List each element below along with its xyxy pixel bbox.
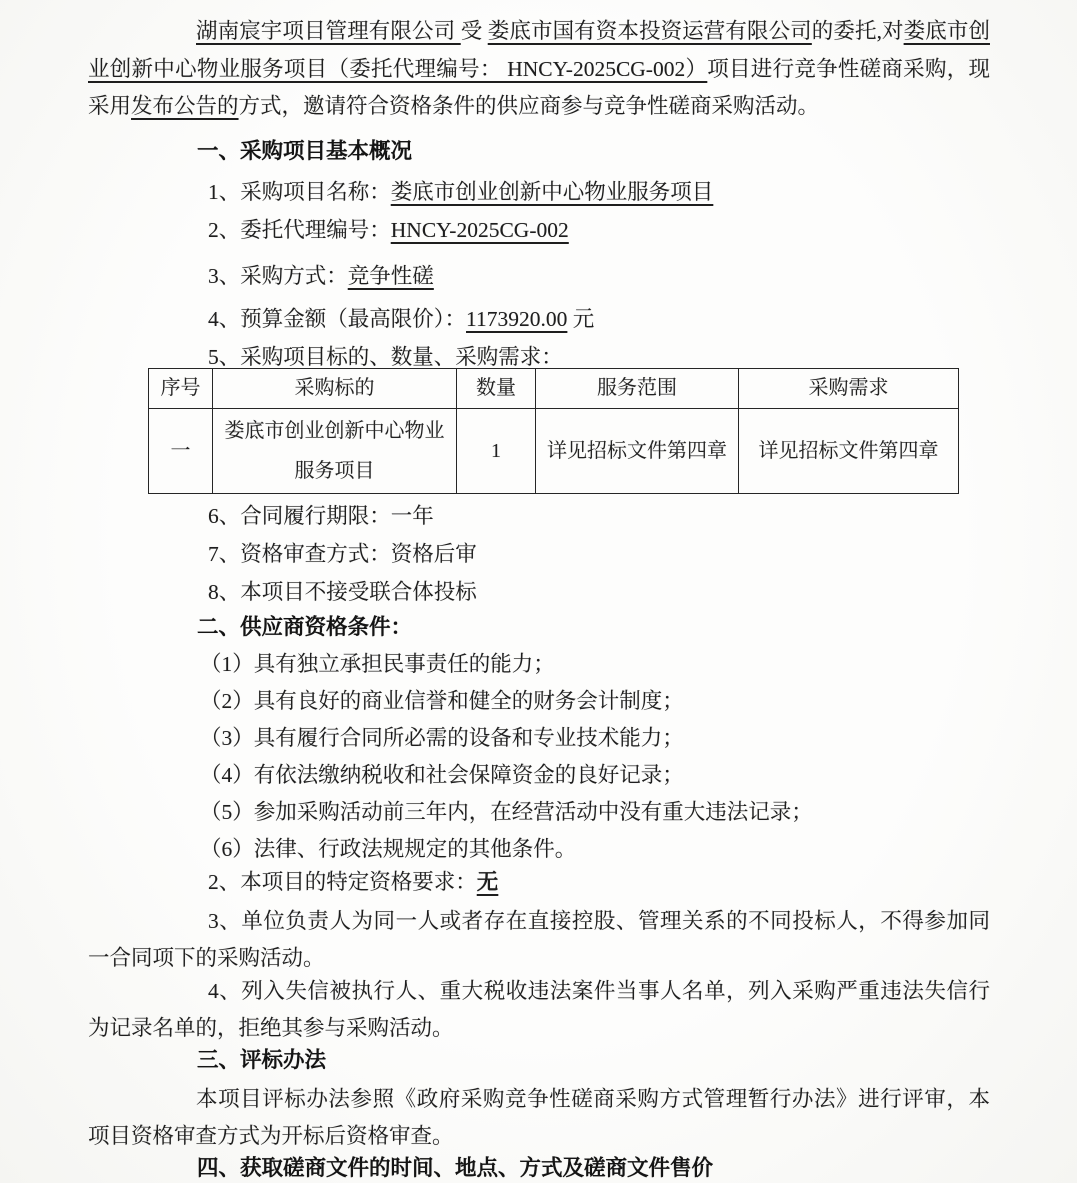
text-run: 3、采购方式：: [208, 264, 348, 288]
document-photo: { "intro": { "runs": [ {"t": "湖南宸宇项目管理有限…: [0, 0, 1077, 1183]
table-header-cell: 采购需求: [739, 368, 959, 408]
item-project-name: 1、采购项目名称：娄底市创业创新中心物业服务项目: [88, 173, 990, 211]
underlined-text: 无: [477, 870, 499, 894]
evaluation-method-paragraph: 本项目评标办法参照《政府采购竞争性磋商采购方式管理暂行办法》进行评审，本项目资格…: [88, 1081, 990, 1155]
item-budget-amount: 4、预算金额（最高限价）：1173920.00 元: [88, 300, 990, 338]
text-run: 受: [461, 19, 488, 43]
item-procurement-method: 3、采购方式：竞争性磋: [88, 257, 990, 295]
table-cell: 娄底市创业创新中心物业服务项目: [213, 408, 457, 493]
table-cell: 一: [149, 408, 213, 493]
section-3-heading: 三、评标办法: [88, 1041, 990, 1079]
section-1-heading: 一、采购项目基本概况: [88, 132, 990, 170]
section-4-heading: 四、获取磋商文件的时间、地点、方式及磋商文件售价: [88, 1149, 990, 1183]
para-dishonesty-restriction: 4、列入失信被执行人、重大税收违法案件当事人名单，列入采购严重违法失信行为记录名…: [88, 973, 990, 1047]
procurement-announcement-page: 湖南宸宇项目管理有限公司 受 娄底市国有资本投资运营有限公司的委托,对娄底市创业…: [0, 0, 1077, 1183]
table-cell: 详见招标文件第四章: [536, 408, 739, 493]
intro-paragraph: 湖南宸宇项目管理有限公司 受 娄底市国有资本投资运营有限公司的委托,对娄底市创业…: [88, 13, 990, 126]
section-2-heading: 二、供应商资格条件：: [88, 608, 990, 646]
item-qualification-review: 7、资格审查方式：资格后审: [88, 535, 990, 573]
table-cell: 1: [457, 408, 536, 493]
underlined-text: 竞争性磋: [348, 264, 434, 288]
underlined-text: 娄底市创业创新中心物业服务项目: [391, 180, 714, 204]
procurement-items-table: 序号采购标的数量服务范围采购需求 一娄底市创业创新中心物业服务项目1详见招标文件…: [148, 368, 959, 494]
table-header-cell: 序号: [149, 368, 213, 408]
item-no-consortium: 8、本项目不接受联合体投标: [88, 573, 990, 611]
table-row: 一娄底市创业创新中心物业服务项目1详见招标文件第四章详见招标文件第四章: [149, 408, 959, 493]
item-contract-period: 6、合同履行期限：一年: [88, 497, 990, 535]
qualification-condition-3: （3）具有履行合同所必需的设备和专业技术能力；: [88, 720, 990, 757]
text-run: 4、预算金额（最高限价）：: [208, 307, 466, 331]
qualification-condition-5: （5）参加采购活动前三年内，在经营活动中没有重大违法记录；: [88, 794, 990, 831]
underlined-text: 湖南宸宇项目管理有限公司: [196, 19, 461, 43]
qualification-condition-2: （2）具有良好的商业信誉和健全的财务会计制度；: [88, 683, 990, 720]
item-specific-qualification: 2、本项目的特定资格要求：无: [88, 863, 990, 901]
underlined-text: HNCY-2025CG-002: [391, 218, 569, 242]
text-run: 1、采购项目名称：: [208, 180, 391, 204]
text-run: 元: [567, 307, 594, 331]
qualification-condition-4: （4）有依法缴纳税收和社会保障资金的良好记录；: [88, 757, 990, 794]
qualification-condition-1: （1）具有独立承担民事责任的能力；: [88, 646, 990, 683]
table-header-cell: 服务范围: [536, 368, 739, 408]
text-run: 方式，邀请符合资格条件的供应商参与竞争性磋商采购活动。: [239, 94, 820, 118]
underlined-text: 娄底市国有资本投资运营有限公司: [488, 19, 812, 43]
text-run: 2、本项目的特定资格要求：: [208, 870, 477, 894]
text-run: 的委托,对: [812, 19, 904, 43]
underlined-text: 发布公告的: [131, 94, 239, 118]
table-cell: 详见招标文件第四章: [739, 408, 959, 493]
underlined-text: 1173920.00: [466, 307, 567, 331]
item-agency-number: 2、委托代理编号：HNCY-2025CG-002: [88, 211, 990, 249]
text-run: 2、委托代理编号：: [208, 218, 391, 242]
text-run: 5、采购项目标的、数量、采购需求：: [208, 345, 563, 369]
para-same-person-restriction: 3、单位负责人为同一人或者存在直接控股、管理关系的不同投标人，不得参加同一合同项…: [88, 903, 990, 977]
